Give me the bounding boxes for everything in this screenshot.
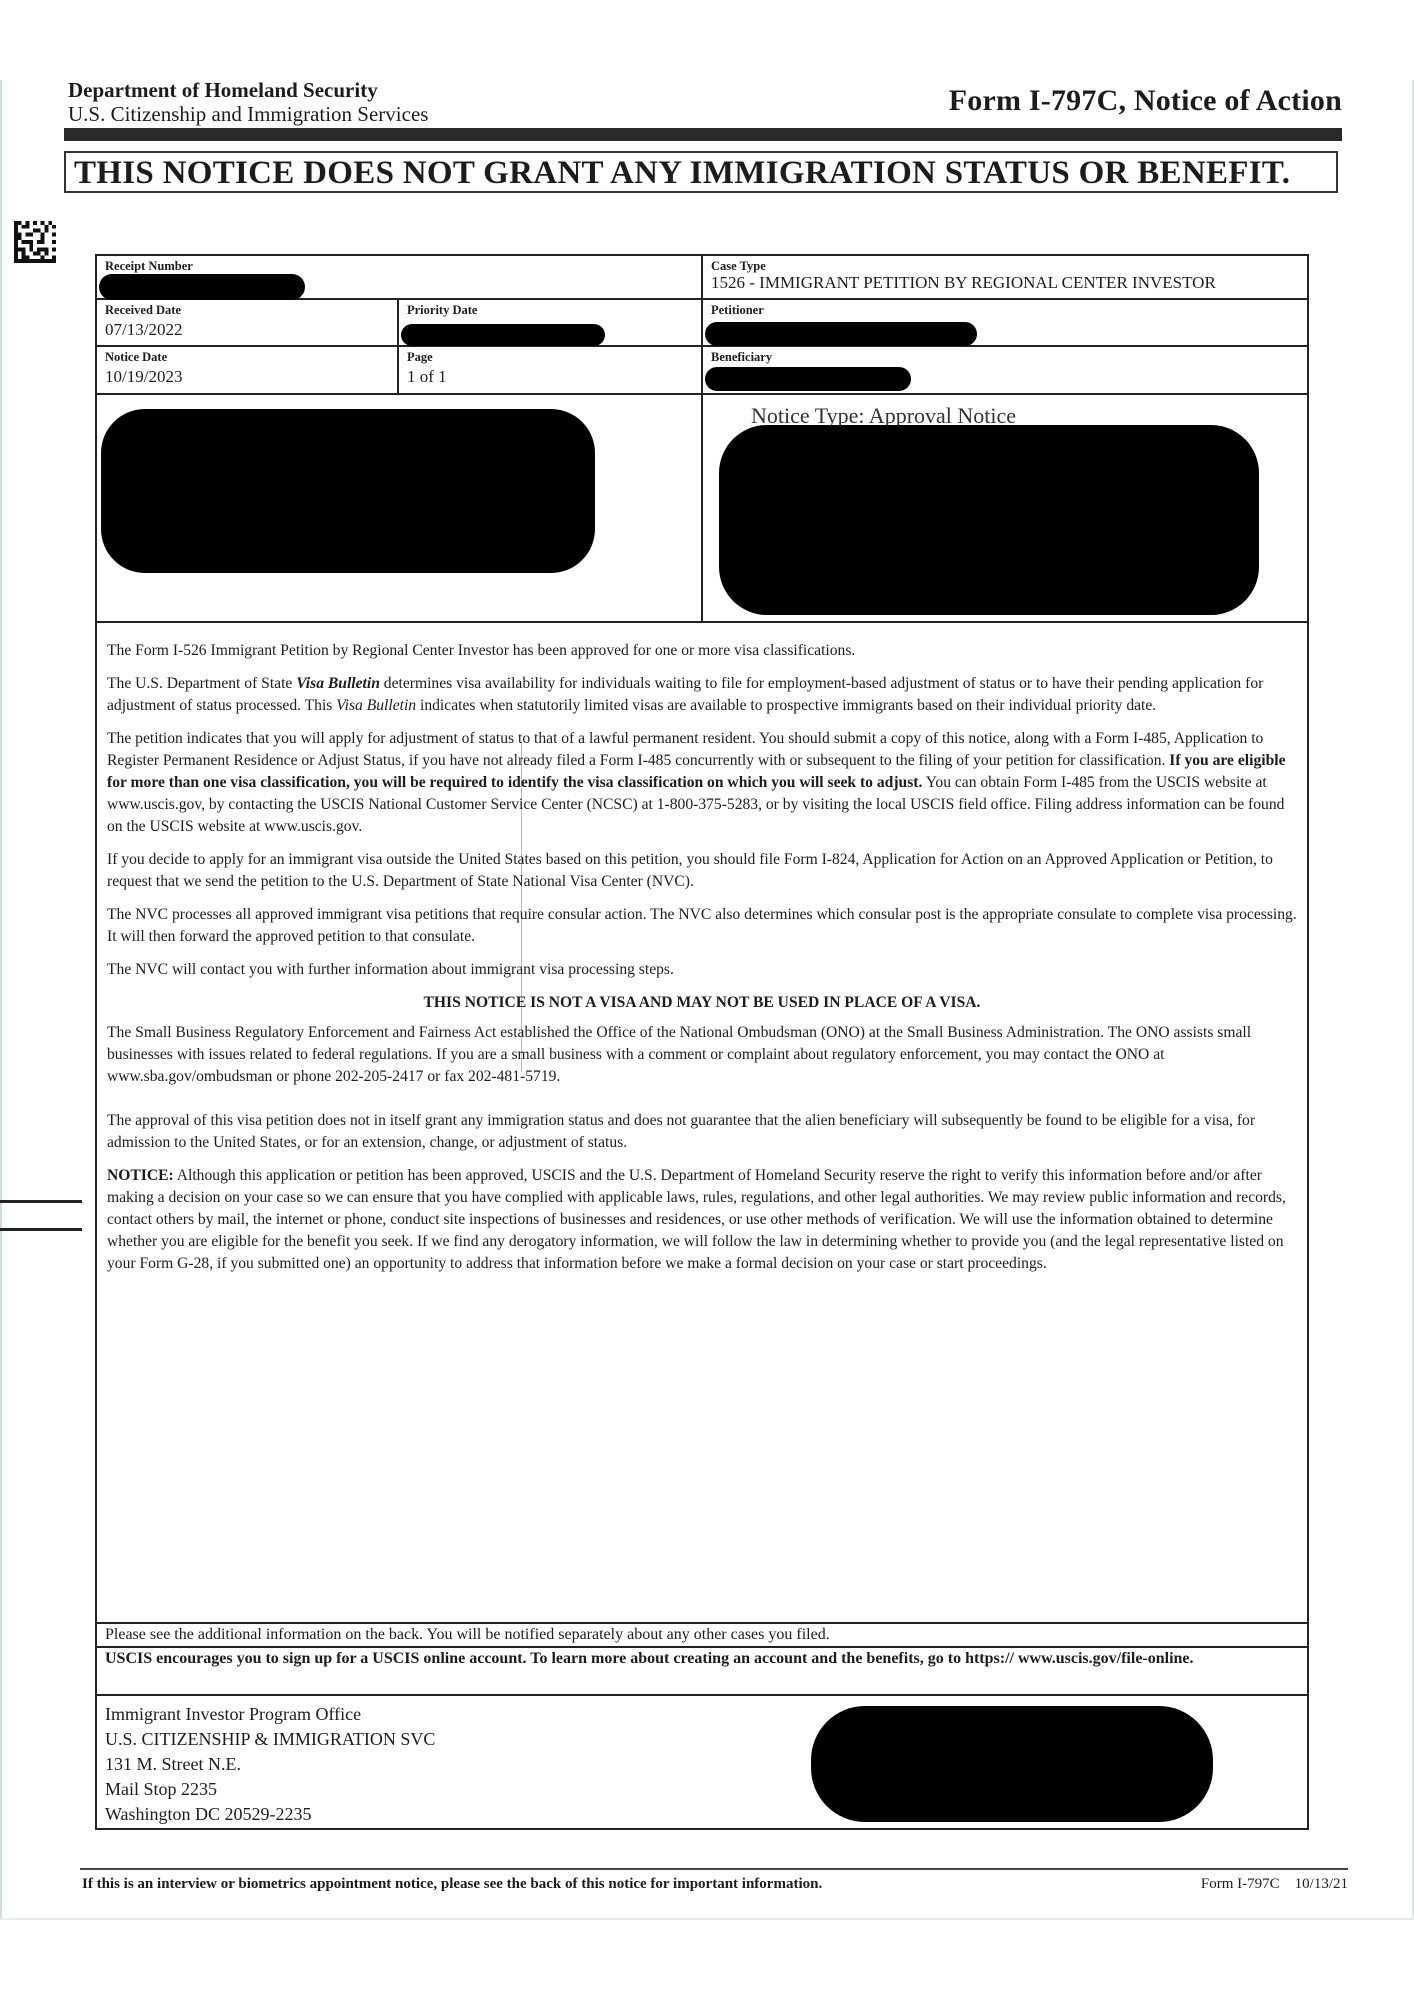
notice-form: Receipt Number Case Type 1526 - IMMIGRAN… [95,254,1309,1830]
page-edge [0,1918,1414,1920]
notice-date-value: 10/19/2023 [105,367,182,387]
notice-date-cell: Notice Date 10/19/2023 [97,347,399,395]
recipient-address-block [97,395,703,623]
case-type-cell: Case Type 1526 - IMMIGRANT PETITION BY R… [703,256,1307,300]
beneficiary-address-redaction [719,425,1259,615]
receipt-number-cell: Receipt Number [97,256,703,300]
ombudsman-paragraph: The Small Business Regulatory Enforcemen… [107,1022,1297,1088]
not-a-visa-warning: THIS NOTICE IS NOT A VISA AND MAY NOT BE… [107,992,1297,1014]
petitioner-redaction [705,322,977,346]
petitioner-cell: Petitioner [703,300,1307,347]
appointment-note: If this is an interview or biometrics ap… [82,1876,822,1893]
case-type-label: Case Type [711,259,766,274]
nvc-contact-paragraph: The NVC will contact you with further in… [107,959,1297,981]
adjustment-of-status-paragraph: The petition indicates that you will app… [107,728,1297,838]
online-account-row: USCIS encourages you to sign up for a US… [97,1646,1307,1694]
agency-header: Department of Homeland Security U.S. Cit… [68,78,428,126]
fold-mark [0,1228,82,1231]
recipient-address-redaction [101,409,595,573]
priority-date-redaction [401,324,605,346]
received-date-label: Received Date [105,303,181,318]
signature-redaction [811,1706,1213,1822]
beneficiary-cell: Beneficiary [703,347,1307,395]
consular-processing-paragraph: If you decide to apply for an immigrant … [107,849,1297,893]
form-edition: Form I-797C 10/13/21 [1201,1876,1348,1893]
additional-info-row: Please see the additional information on… [97,1622,1307,1646]
fold-mark [0,1200,82,1203]
datamatrix-barcode-icon [13,221,57,263]
approval-statement: The Form I-526 Immigrant Petition by Reg… [107,640,1297,662]
receipt-number-redaction [99,274,305,300]
return-address-block: Immigrant Investor Program Office U.S. C… [97,1694,1307,1830]
receipt-number-label: Receipt Number [105,259,193,274]
page-value: 1 of 1 [407,367,447,387]
page-edge [0,80,2,1920]
notice-date-label: Notice Date [105,350,167,365]
notice-type-block: Notice Type: Approval Notice [703,395,1307,623]
beneficiary-redaction [705,367,911,391]
nvc-processing-paragraph: The NVC processes all approved immigrant… [107,904,1297,948]
agency-name: U.S. Citizenship and Immigration Service… [68,102,428,126]
disclaimer-banner: THIS NOTICE DOES NOT GRANT ANY IMMIGRATI… [64,151,1338,193]
priority-date-cell: Priority Date [399,300,703,347]
department-name: Department of Homeland Security [68,78,428,102]
visa-bulletin-paragraph: The U.S. Department of State Visa Bullet… [107,673,1297,717]
priority-date-label: Priority Date [407,303,477,318]
page-label: Page [407,350,433,365]
beneficiary-label: Beneficiary [711,350,772,365]
footer-rule [80,1868,1348,1870]
header-rule [64,128,1342,141]
form-title: Form I-797C, Notice of Action [949,84,1342,118]
verification-notice-paragraph: NOTICE: Although this application or pet… [107,1165,1297,1275]
page-cell: Page 1 of 1 [399,347,703,395]
petitioner-label: Petitioner [711,303,764,318]
approval-disclaimer-paragraph: The approval of this visa petition does … [107,1110,1297,1154]
notice-body: The Form I-526 Immigrant Petition by Reg… [107,640,1297,1286]
case-type-value: 1526 - IMMIGRANT PETITION BY REGIONAL CE… [711,273,1216,293]
received-date-cell: Received Date 07/13/2022 [97,300,399,347]
received-date-value: 07/13/2022 [105,320,182,340]
